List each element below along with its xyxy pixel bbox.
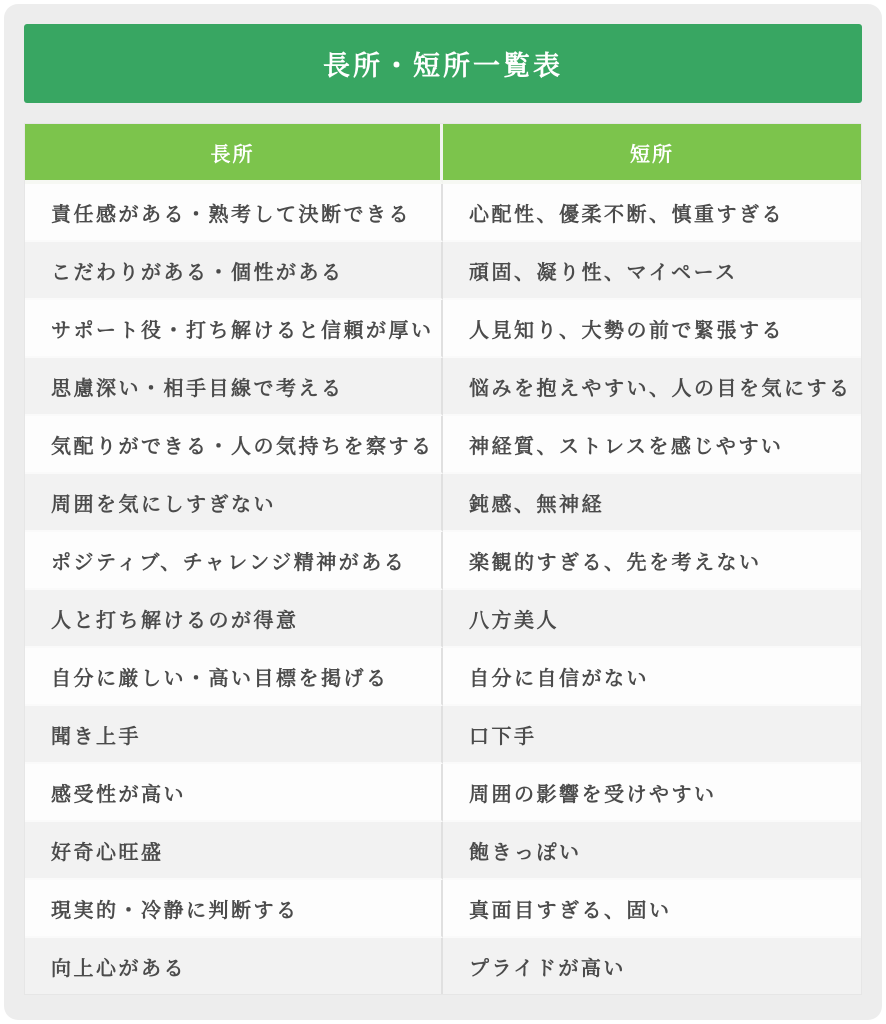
table-row: 現実的・冷静に判断する真面目すぎる、固い <box>25 880 861 938</box>
strength-cell: 向上心がある <box>25 938 443 994</box>
page: 長所・短所一覧表 長所 短所 責任感がある・熟考して決断できる心配性、優柔不断、… <box>0 0 886 1024</box>
header-row: 長所 短所 <box>25 124 861 184</box>
weakness-cell: 自分に自信がない <box>443 648 861 706</box>
strength-cell: 自分に厳しい・高い目標を掲げる <box>25 648 443 706</box>
strength-cell: 聞き上手 <box>25 706 443 764</box>
strength-cell: 人と打ち解けるのが得意 <box>25 590 443 648</box>
strength-cell: 現実的・冷静に判断する <box>25 880 443 938</box>
table-body: 責任感がある・熟考して決断できる心配性、優柔不断、慎重すぎるこだわりがある・個性… <box>25 184 861 994</box>
card: 長所・短所一覧表 長所 短所 責任感がある・熟考して決断できる心配性、優柔不断、… <box>4 4 882 1020</box>
strength-cell: こだわりがある・個性がある <box>25 242 443 300</box>
table-header: 長所 短所 <box>25 124 861 184</box>
strength-cell: 感受性が高い <box>25 764 443 822</box>
weakness-cell: 人見知り、大勢の前で緊張する <box>443 300 861 358</box>
weakness-cell: 心配性、優柔不断、慎重すぎる <box>443 184 861 242</box>
column-header-weaknesses: 短所 <box>443 124 861 184</box>
table-row: 人と打ち解けるのが得意八方美人 <box>25 590 861 648</box>
table-row: こだわりがある・個性がある頑固、凝り性、マイペース <box>25 242 861 300</box>
table-row: 向上心があるプライドが高い <box>25 938 861 994</box>
strength-cell: 好奇心旺盛 <box>25 822 443 880</box>
table-row: 好奇心旺盛飽きっぽい <box>25 822 861 880</box>
strength-cell: サポート役・打ち解けると信頼が厚い <box>25 300 443 358</box>
weakness-cell: 口下手 <box>443 706 861 764</box>
weakness-cell: 楽観的すぎる、先を考えない <box>443 532 861 590</box>
table-row: 思慮深い・相手目線で考える悩みを抱えやすい、人の目を気にする <box>25 358 861 416</box>
pros-cons-table: 長所 短所 責任感がある・熟考して決断できる心配性、優柔不断、慎重すぎるこだわり… <box>24 123 862 995</box>
table-row: 周囲を気にしすぎない鈍感、無神経 <box>25 474 861 532</box>
weakness-cell: 神経質、ストレスを感じやすい <box>443 416 861 474</box>
title-banner: 長所・短所一覧表 <box>24 24 862 103</box>
weakness-cell: 真面目すぎる、固い <box>443 880 861 938</box>
strength-cell: 思慮深い・相手目線で考える <box>25 358 443 416</box>
table-row: 聞き上手口下手 <box>25 706 861 764</box>
table-row: 気配りができる・人の気持ちを察する神経質、ストレスを感じやすい <box>25 416 861 474</box>
table-row: サポート役・打ち解けると信頼が厚い人見知り、大勢の前で緊張する <box>25 300 861 358</box>
weakness-cell: 飽きっぽい <box>443 822 861 880</box>
strength-cell: 責任感がある・熟考して決断できる <box>25 184 443 242</box>
table-row: 自分に厳しい・高い目標を掲げる自分に自信がない <box>25 648 861 706</box>
table-row: ポジティブ、チャレンジ精神がある楽観的すぎる、先を考えない <box>25 532 861 590</box>
strength-cell: 気配りができる・人の気持ちを察する <box>25 416 443 474</box>
page-title: 長所・短所一覧表 <box>323 44 563 83</box>
weakness-cell: 頑固、凝り性、マイペース <box>443 242 861 300</box>
weakness-cell: 鈍感、無神経 <box>443 474 861 532</box>
weakness-cell: 八方美人 <box>443 590 861 648</box>
weakness-cell: 悩みを抱えやすい、人の目を気にする <box>443 358 861 416</box>
column-header-strengths: 長所 <box>25 124 443 184</box>
table-row: 責任感がある・熟考して決断できる心配性、優柔不断、慎重すぎる <box>25 184 861 242</box>
weakness-cell: プライドが高い <box>443 938 861 994</box>
strength-cell: 周囲を気にしすぎない <box>25 474 443 532</box>
strength-cell: ポジティブ、チャレンジ精神がある <box>25 532 443 590</box>
weakness-cell: 周囲の影響を受けやすい <box>443 764 861 822</box>
table-row: 感受性が高い周囲の影響を受けやすい <box>25 764 861 822</box>
